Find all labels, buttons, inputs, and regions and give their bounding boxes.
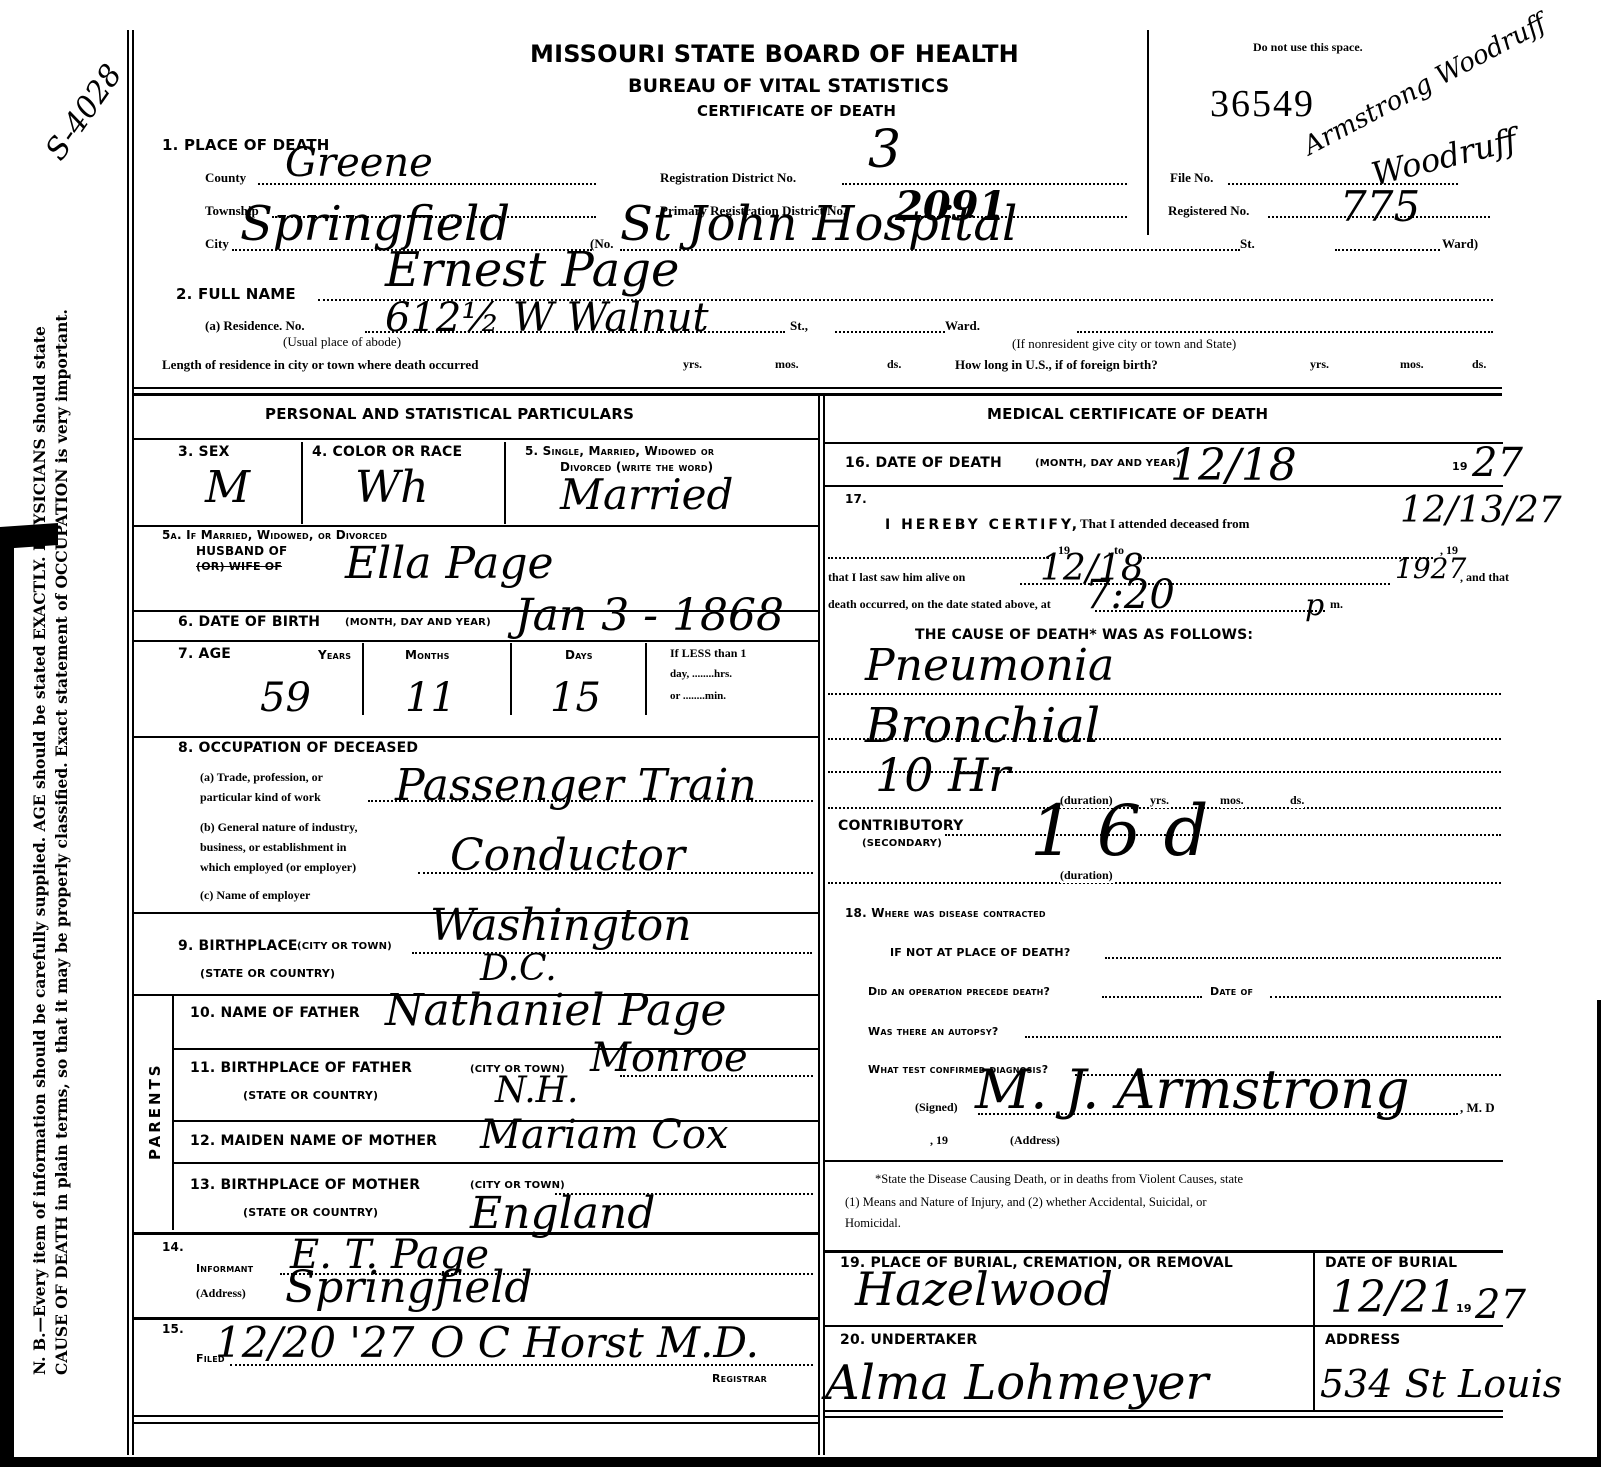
- cause-duration-field[interactable]: 10 Hr: [875, 748, 1010, 802]
- employer-label: (c) Name of employer: [200, 888, 310, 903]
- file-no-label: File No.: [1170, 170, 1213, 186]
- physician-signature[interactable]: M. J. Armstrong: [975, 1058, 1410, 1121]
- rule-days-less: [645, 643, 647, 715]
- age-years-field[interactable]: 59: [260, 675, 311, 721]
- undertaker-label: 20. UNDERTAKER: [840, 1332, 977, 1348]
- abode-note: (Usual place of abode): [283, 334, 401, 350]
- death-time-label: death occurred, on the date stated above…: [828, 597, 1051, 612]
- not-at-place-label: IF NOT AT PLACE OF DEATH?: [890, 946, 1070, 959]
- parents-label: PARENTS: [146, 1062, 164, 1160]
- birthplace-city-sub-label: (CITY OR TOWN): [297, 941, 392, 952]
- father-birthplace-state-field[interactable]: N.H.: [495, 1070, 578, 1111]
- sex-field[interactable]: M: [205, 462, 250, 513]
- age-label: 7. AGE: [178, 646, 231, 662]
- less-min-label: or ........min.: [670, 690, 726, 702]
- nonresident-note: (If nonresident give city or town and St…: [1012, 336, 1236, 352]
- physician-address-label: (Address): [1010, 1133, 1060, 1148]
- rule-medical-title: [823, 442, 1503, 444]
- dod-sub-label: (MONTH, DAY AND YEAR): [1035, 458, 1181, 469]
- column-divider-inner: [823, 395, 825, 1455]
- medical-section-title: MEDICAL CERTIFICATE OF DEATH: [987, 405, 1268, 423]
- residence-st-label: St.,: [790, 318, 808, 334]
- rule-sex-race: [301, 442, 303, 524]
- death-time-field[interactable]: 7:20: [1085, 572, 1175, 618]
- mother-label: 12. MAIDEN NAME OF MOTHER: [190, 1133, 437, 1149]
- rule-after-dod: [823, 485, 1503, 487]
- duration-mos-label: mos.: [1220, 793, 1244, 808]
- city-label: City: [205, 236, 229, 252]
- attended-from-field[interactable]: 12/13/27: [1400, 490, 1562, 531]
- operation-date-label: Date of: [1210, 985, 1253, 998]
- age-months-field[interactable]: 11: [405, 675, 456, 721]
- age-days-label: Days: [565, 648, 593, 662]
- section-rule-top-2: [132, 393, 1502, 396]
- office-note: Do not use this space.: [1253, 40, 1363, 55]
- mother-field[interactable]: Mariam Cox: [480, 1112, 728, 1158]
- father-label: 10. NAME OF FATHER: [190, 1005, 360, 1021]
- dob-label: 6. DATE OF BIRTH: [178, 614, 320, 630]
- rule-bottom-right-2: [823, 1416, 1503, 1418]
- foreign-birth-label: How long in U.S., if of foreign birth?: [955, 357, 1158, 373]
- rule-bottom-left-2: [132, 1422, 818, 1424]
- industry-label: (b) General nature of industry,: [200, 820, 357, 835]
- rule-after-age: [132, 736, 818, 738]
- contributory-field[interactable]: 1 6 d: [1030, 790, 1208, 872]
- autopsy-label: Was there an autopsy?: [868, 1025, 998, 1038]
- husband-of-label: HUSBAND OF: [196, 544, 287, 558]
- industry-field[interactable]: Conductor: [450, 830, 685, 881]
- scan-edge-left: [0, 540, 14, 1467]
- rule-bottom-left: [132, 1415, 818, 1417]
- length-ds-label: ds.: [887, 357, 901, 372]
- form-title: MISSOURI STATE BOARD OF HEALTH: [530, 40, 1019, 68]
- rule-years-months: [362, 643, 364, 715]
- dod-field[interactable]: 12/18: [1170, 440, 1297, 491]
- age-months-label: Months: [405, 648, 450, 662]
- dod-year-field[interactable]: 27: [1472, 440, 1523, 486]
- father-state-label: (STATE OR COUNTRY): [243, 1089, 378, 1102]
- parents-divider: [172, 996, 174, 1230]
- filed-date-field[interactable]: 12/20 '27: [215, 1318, 414, 1367]
- trade-field[interactable]: Passenger Train: [395, 760, 757, 811]
- signed-year-label: , 19: [930, 1133, 948, 1148]
- less-hrs-label: day, ........hrs.: [670, 668, 732, 680]
- burial-place-field[interactable]: Hazelwood: [855, 1262, 1113, 1316]
- certify-label: I HEREBY CERTIFY,: [885, 517, 1080, 533]
- rule-bottom-right: [823, 1410, 1503, 1412]
- form-name: CERTIFICATE OF DEATH: [697, 102, 896, 120]
- residence-ward-line: [835, 331, 945, 333]
- informant-address-label: (Address): [196, 1286, 246, 1301]
- age-years-label: Years: [318, 648, 351, 662]
- footnote-line-1: *State the Disease Causing Death, or in …: [875, 1172, 1243, 1187]
- contributory-label: CONTRIBUTORY: [838, 818, 963, 834]
- residence-ward-label: Ward.: [945, 318, 980, 334]
- rule-after-signature: [823, 1160, 1503, 1162]
- operation-date-line: [1270, 996, 1501, 998]
- rule-before-burial: [823, 1250, 1503, 1253]
- dod-year-prefix: 19: [1452, 460, 1468, 473]
- county-label: County: [205, 170, 246, 186]
- sex-label: 3. SEX: [178, 444, 230, 460]
- length-mos-label: mos.: [775, 357, 799, 372]
- cause-line-1: [828, 693, 1501, 695]
- contributory-line: [945, 834, 1501, 836]
- undertaker-address-label: ADDRESS: [1325, 1332, 1400, 1348]
- wife-of-label: (OR) WIFE OF: [196, 560, 282, 573]
- attended-from-line: [828, 557, 1053, 559]
- full-name-label: 2. FULL NAME: [176, 285, 296, 303]
- section-rule-top: [132, 387, 1502, 389]
- filed-number: 15.: [162, 1322, 184, 1336]
- st-label: St.: [1240, 236, 1255, 252]
- residence-label: (a) Residence. No.: [205, 318, 305, 334]
- father-field[interactable]: Nathaniel Page: [385, 985, 727, 1036]
- foreign-yrs-label: yrs.: [1310, 357, 1329, 372]
- foreign-mos-label: mos.: [1400, 357, 1424, 372]
- frame-left-rule-inner: [132, 30, 134, 1455]
- rule-race-marital: [504, 442, 506, 524]
- birthplace-state-field[interactable]: D.C.: [480, 948, 557, 989]
- residence-field[interactable]: 612½ W Walnut: [385, 295, 709, 341]
- dob-field[interactable]: Jan 3 - 1868: [515, 590, 784, 641]
- side-instruction-line2: CAUSE OF DEATH in plain terms, so that i…: [52, 309, 71, 1375]
- registration-district-field[interactable]: 3: [868, 120, 901, 180]
- secondary-label: (SECONDARY): [862, 838, 942, 849]
- operation-label: Did an operation precede death?: [868, 985, 1050, 998]
- header-divider: [1147, 30, 1149, 235]
- length-yrs-label: yrs.: [683, 357, 702, 372]
- rule-after-dob: [132, 640, 818, 642]
- last-saw-year-field[interactable]: 1927: [1395, 552, 1466, 585]
- scan-edge-right: [1597, 1000, 1601, 1467]
- registered-no-label: Registered No.: [1168, 203, 1249, 219]
- registered-no-field[interactable]: 775: [1340, 182, 1420, 231]
- less-than-day-label: If LESS than 1: [670, 646, 746, 661]
- and-that-label: , and that: [1460, 570, 1509, 585]
- registration-district-label: Registration District No.: [660, 170, 796, 186]
- personal-section-title: PERSONAL AND STATISTICAL PARTICULARS: [265, 405, 634, 423]
- certify-text: That I attended deceased from: [1080, 516, 1249, 532]
- occupation-label: 8. OCCUPATION OF DECEASED: [178, 740, 418, 756]
- rule-after-burial-place: [823, 1325, 1313, 1327]
- dob-sub-label: (MONTH, DAY AND YEAR): [345, 617, 491, 628]
- cause-secondary-field[interactable]: Bronchial: [865, 698, 1100, 754]
- full-name-field[interactable]: Ernest Page: [385, 242, 679, 298]
- industry-label-2: business, or establishment in: [200, 840, 346, 855]
- industry-label-3: which employed (or employer): [200, 860, 356, 875]
- trade-label-2: particular kind of work: [200, 790, 321, 805]
- undertaker-address-field[interactable]: 534 St Louis: [1320, 1362, 1562, 1406]
- nonresident-line: [1077, 331, 1493, 333]
- rule-after-mother: [172, 1162, 818, 1164]
- burial-year-prefix: 19: [1456, 1302, 1472, 1315]
- duration-ds-label: ds.: [1290, 793, 1304, 808]
- race-field[interactable]: Wh: [355, 462, 429, 513]
- marital-label: 5. Single, Married, Widowed or: [525, 444, 714, 458]
- burial-date-field[interactable]: 12/21: [1330, 1272, 1457, 1323]
- certificate-number: 36549: [1210, 82, 1315, 126]
- not-at-place-line: [1105, 957, 1501, 959]
- informant-address-field[interactable]: Springfield: [285, 1262, 533, 1313]
- burial-year-field[interactable]: 27: [1475, 1282, 1526, 1328]
- contributory-duration-label: (duration): [1060, 868, 1113, 883]
- foreign-ds-label: ds.: [1472, 357, 1486, 372]
- spouse-field[interactable]: Ella Page: [345, 538, 554, 589]
- form-subtitle: BUREAU OF VITAL STATISTICS: [628, 75, 949, 97]
- registrar-field[interactable]: O C Horst M.D.: [430, 1318, 759, 1367]
- registrar-label: Registrar: [712, 1372, 767, 1385]
- mother-state-label: (STATE OR COUNTRY): [243, 1206, 378, 1219]
- informant-number: 14.: [162, 1240, 184, 1254]
- margin-annotation: S-4028: [39, 58, 130, 167]
- burial-divider: [1313, 1252, 1315, 1412]
- county-field[interactable]: Greene: [285, 140, 433, 186]
- item-17-label: 17.: [845, 492, 867, 506]
- race-label: 4. COLOR OR RACE: [312, 444, 462, 460]
- md-label: , M. D: [1460, 1100, 1495, 1116]
- length-of-residence-label: Length of residence in city or town wher…: [162, 357, 478, 373]
- birthplace-line: [412, 952, 812, 954]
- signed-label: (Signed): [915, 1100, 958, 1115]
- dod-label: 16. DATE OF DEATH: [845, 455, 1002, 471]
- attended-to-line: [1138, 557, 1433, 559]
- column-divider: [818, 395, 820, 1455]
- disease-contracted-label: 18. Where was disease contracted: [845, 906, 1046, 920]
- birthplace-state-label: (STATE OR COUNTRY): [200, 967, 335, 980]
- undertaker-field[interactable]: Alma Lohmeyer: [825, 1355, 1208, 1411]
- father-birthplace-label: 11. BIRTHPLACE OF FATHER: [190, 1060, 412, 1076]
- birthplace-label: 9. BIRTHPLACE: [178, 938, 298, 954]
- autopsy-line: [1025, 1036, 1501, 1038]
- contributory-duration-line: [828, 882, 1501, 884]
- scan-edge-bottom: [0, 1457, 1601, 1467]
- scan-edge-notch: [0, 523, 58, 549]
- mother-birthplace-label: 13. BIRTHPLACE OF MOTHER: [190, 1177, 420, 1193]
- institution-field[interactable]: St John Hospital: [620, 196, 1017, 252]
- meridiem-field[interactable]: p: [1305, 588, 1324, 623]
- footnote-line-3: Homicidal.: [845, 1216, 901, 1231]
- rule-after-burial-date: [1313, 1325, 1503, 1327]
- frame-left-rule: [127, 30, 129, 1455]
- age-days-field[interactable]: 15: [550, 675, 601, 721]
- rule-personal-title: [132, 438, 818, 440]
- side-instruction-line1: N. B.—Every item of information should b…: [30, 326, 49, 1375]
- meridiem-label: m.: [1330, 597, 1343, 612]
- last-saw-label: that I last saw him alive on: [828, 570, 965, 585]
- footnote-line-2: (1) Means and Nature of Injury, and (2) …: [845, 1195, 1207, 1210]
- trade-label: (a) Trade, profession, or: [200, 770, 323, 785]
- informant-label: Informant: [196, 1262, 253, 1275]
- father-birthplace-city-field[interactable]: Monroe: [590, 1035, 748, 1081]
- ward-label: Ward): [1442, 236, 1478, 252]
- birthplace-city-field[interactable]: Washington: [430, 900, 692, 951]
- operation-line: [1102, 996, 1202, 998]
- ward-line: [1335, 249, 1440, 251]
- burial-date-label: DATE OF BURIAL: [1325, 1255, 1457, 1271]
- cause-primary-field[interactable]: Pneumonia: [865, 640, 1114, 691]
- marital-status-field[interactable]: Married: [560, 470, 733, 519]
- rule-months-days: [510, 643, 512, 715]
- rule-after-sex: [132, 525, 818, 527]
